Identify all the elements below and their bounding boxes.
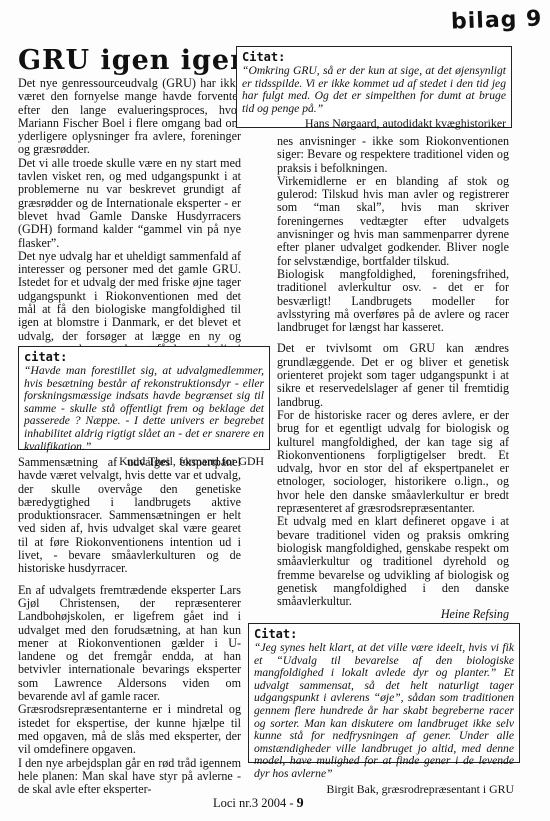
page-footer: Loci nr.3 2004 - 9	[213, 796, 304, 812]
page-number: 9	[297, 796, 304, 811]
paragraph: Det er tvivlsomt om GRU kan ændres grund…	[277, 342, 509, 408]
quote-text: “Omkring GRU, så er der kun at sige, at …	[242, 65, 506, 115]
quote-text: “Havde man forestillet sig, at udvalgmed…	[24, 365, 264, 453]
author-signature: Heine Refsing	[277, 608, 509, 621]
handwritten-note: bilag 9	[450, 6, 542, 34]
paragraph: Virkemidlerne er en blanding af stok og …	[277, 175, 509, 268]
quote-text: “Jeg synes helt klart, at det ville være…	[254, 642, 514, 781]
quote-box-bak: Citat: “Jeg synes helt klart, at det vil…	[248, 623, 520, 763]
paragraph: En af udvalgets fremtrædende eksperter L…	[18, 584, 241, 704]
paragraph: Græsrodsrepræsentanterne er i mindretal …	[18, 703, 241, 756]
quote-label: Citat:	[254, 627, 514, 641]
quote-source: Hans Nørgaard, autodidakt kvæghistoriker	[242, 117, 506, 130]
quote-box-theil: citat: “Havde man forestillet sig, at ud…	[18, 346, 270, 450]
quote-source: Birgit Bak, græsrodrepræsentant i GRU	[254, 783, 514, 796]
left-column-lower: Sammensætning af udvalges ekspertpanel h…	[18, 456, 241, 796]
paragraph: Det vi alle troede skulle være en ny sta…	[18, 157, 241, 250]
paragraph: For de historiske racer og deres avlere,…	[277, 409, 509, 515]
paragraph: Sammensætning af udvalges ekspertpanel h…	[18, 456, 241, 576]
paragraph: I den nye arbejdsplan går en rød tråd ig…	[18, 757, 241, 797]
paragraph: Biologisk mangfoldighed, foreningsfrihed…	[277, 268, 509, 334]
document-page: bilag 9 GRU igen igen... Det nye genress…	[0, 0, 550, 821]
left-column: Det nye genressourceudvalg (GRU) har ikk…	[18, 77, 241, 370]
paragraph: nes anvisninger - ikke som Riokonvention…	[277, 135, 509, 175]
quote-label: citat:	[24, 350, 264, 364]
quote-box-norgaard: Citat: “Omkring GRU, så er der kun at si…	[236, 46, 512, 128]
right-column: nes anvisninger - ikke som Riokonvention…	[277, 135, 509, 622]
publication-info: Loci nr.3 2004 -	[213, 796, 297, 810]
quote-label: Citat:	[242, 50, 506, 64]
paragraph: Et udvalg med en klart defineret opgave …	[277, 515, 509, 608]
paragraph: Det nye genressourceudvalg (GRU) har ikk…	[18, 77, 241, 157]
